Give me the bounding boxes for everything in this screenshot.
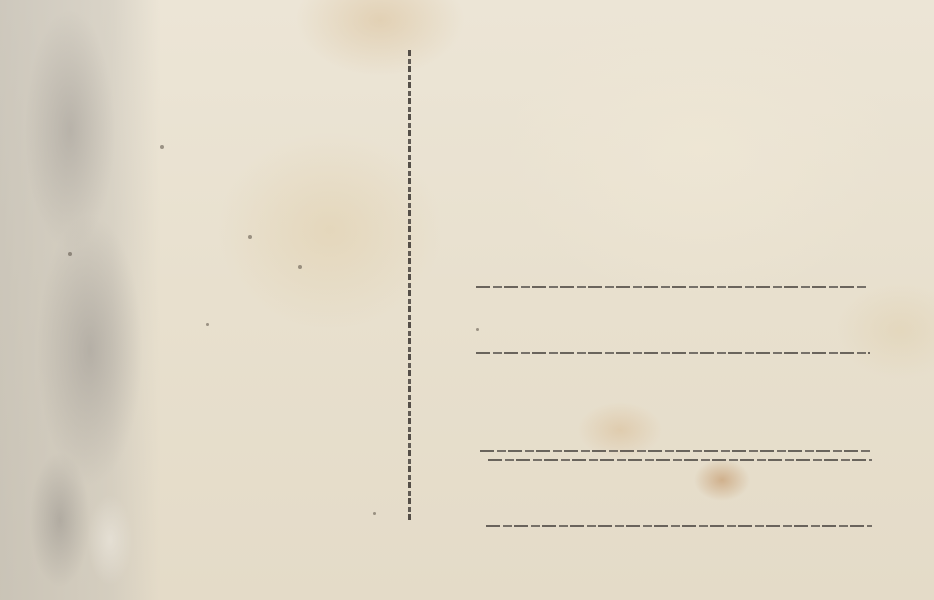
paper-speck xyxy=(373,512,376,515)
paper-speck xyxy=(160,145,164,149)
paper-speck xyxy=(248,235,252,239)
paper-speck xyxy=(68,252,72,256)
paper-speck xyxy=(298,265,302,269)
center-divider-line xyxy=(408,50,411,520)
paper-speck xyxy=(476,328,479,331)
address-line-2 xyxy=(476,352,870,354)
address-line-3b xyxy=(488,459,872,461)
postcard-back xyxy=(0,0,934,600)
left-smudge-stain xyxy=(0,0,160,600)
paper-speck xyxy=(206,323,209,326)
address-line-4 xyxy=(486,525,872,527)
address-line-1 xyxy=(476,286,868,288)
address-line-3a xyxy=(480,450,872,452)
